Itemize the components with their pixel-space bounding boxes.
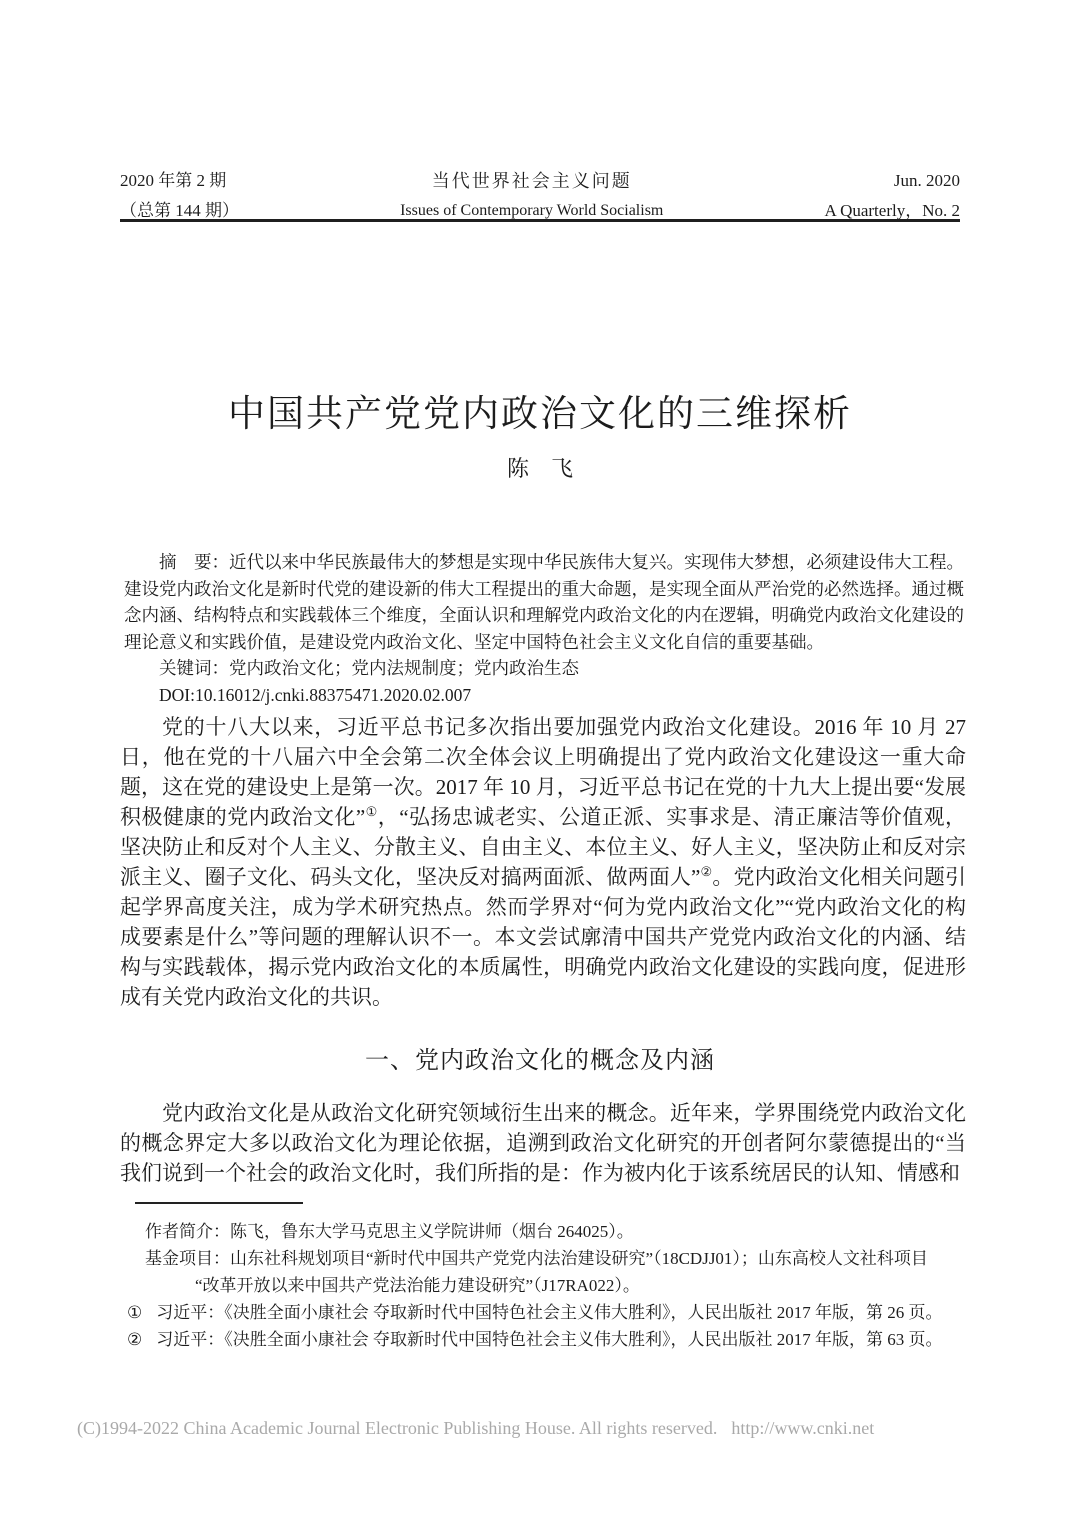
footnote-2-marker: ② [127,1330,142,1349]
keywords-line: 关键词：党内政治文化；党内法规制度；党内政治生态 [124,655,964,682]
header-divider [120,219,960,222]
journal-header: 2020 年第 2 期 （总第 144 期） 当代世界社会主义问题 Issues… [120,166,960,226]
footnote-2-text: 习近平：《决胜全面小康社会 夺取新时代中国特色社会主义伟大胜利》，人民出版社 2… [156,1330,942,1349]
journal-issue-line1: 2020 年第 2 期 [120,166,239,196]
journal-page: 2020 年第 2 期 （总第 144 期） 当代世界社会主义问题 Issues… [0,0,1080,1527]
keywords-text: 党内政治文化；党内法规制度；党内政治生态 [229,658,579,678]
article-author: 陈 飞 [0,452,1080,483]
journal-name-zh: 当代世界社会主义问题 [239,166,824,196]
body-paragraph-2: 党内政治文化是从政治文化研究领域衍生出来的概念。近年来，学界围绕党内政治文化的概… [120,1098,966,1188]
abstract-label: 摘 要： [159,552,229,572]
cnki-url: http://www.cnki.net [731,1418,874,1438]
body-paragraph-1: 党的十八大以来，习近平总书记多次指出要加强党内政治文化建设。2016 年 10 … [120,712,966,1012]
abstract-text: 近代以来中华民族最伟大的梦想是实现中华民族伟大复兴。实现伟大梦想，必须建设伟大工… [124,552,964,652]
journal-date-info: Jun. 2020 A Quarterly，No. 2 [824,166,960,226]
footnote-1-marker: ① [127,1303,142,1322]
journal-issue-info: 2020 年第 2 期 （总第 144 期） [120,166,239,226]
author-bio: 作者简介：陈飞，鲁东大学马克思主义学院讲师（烟台 264025）。 [120,1218,966,1245]
footnotes-block: 作者简介：陈飞，鲁东大学马克思主义学院讲师（烟台 264025）。 基金项目：山… [120,1218,966,1353]
body-section: 党的十八大以来，习近平总书记多次指出要加强党内政治文化建设。2016 年 10 … [120,712,966,1012]
footnote-divider [135,1202,303,1204]
copyright-text: (C)1994-2022 China Academic Journal Elec… [77,1418,717,1438]
footnote-ref-2: ② [700,864,712,879]
article-title: 中国共产党党内政治文化的三维探析 [0,383,1080,437]
funding-project-line1: 基金项目：山东社科规划项目“新时代中国共产党党内法治建设研究”（18CDJJ01… [120,1245,966,1272]
footnote-1-text: 习近平：《决胜全面小康社会 夺取新时代中国特色社会主义伟大胜利》，人民出版社 2… [156,1303,942,1322]
footnote-2: ②习近平：《决胜全面小康社会 夺取新时代中国特色社会主义伟大胜利》，人民出版社 … [120,1326,966,1353]
funding-project-line2: “改革开放以来中国共产党法治能力建设研究”（J17RA022）。 [120,1272,966,1299]
keywords-label: 关键词： [159,658,229,678]
doi-line: DOI:10.16012/j.cnki.88375471.2020.02.007 [124,682,964,709]
section-heading-1: 一、党内政治文化的概念及内涵 [0,1040,1080,1075]
footnote-1: ①习近平：《决胜全面小康社会 夺取新时代中国特色社会主义伟大胜利》，人民出版社 … [120,1299,966,1326]
footnote-ref-1: ① [365,804,378,819]
body-section-2: 党内政治文化是从政治文化研究领域衍生出来的概念。近年来，学界围绕党内政治文化的概… [120,1098,966,1188]
journal-name: 当代世界社会主义问题 Issues of Contemporary World … [239,166,824,226]
journal-date-line1: Jun. 2020 [824,166,960,196]
scan-footer: (C)1994-2022 China Academic Journal Elec… [77,1414,1003,1442]
abstract-paragraph: 摘 要：近代以来中华民族最伟大的梦想是实现中华民族伟大复兴。实现伟大梦想，必须建… [124,549,964,655]
abstract-block: 摘 要：近代以来中华民族最伟大的梦想是实现中华民族伟大复兴。实现伟大梦想，必须建… [124,549,964,708]
